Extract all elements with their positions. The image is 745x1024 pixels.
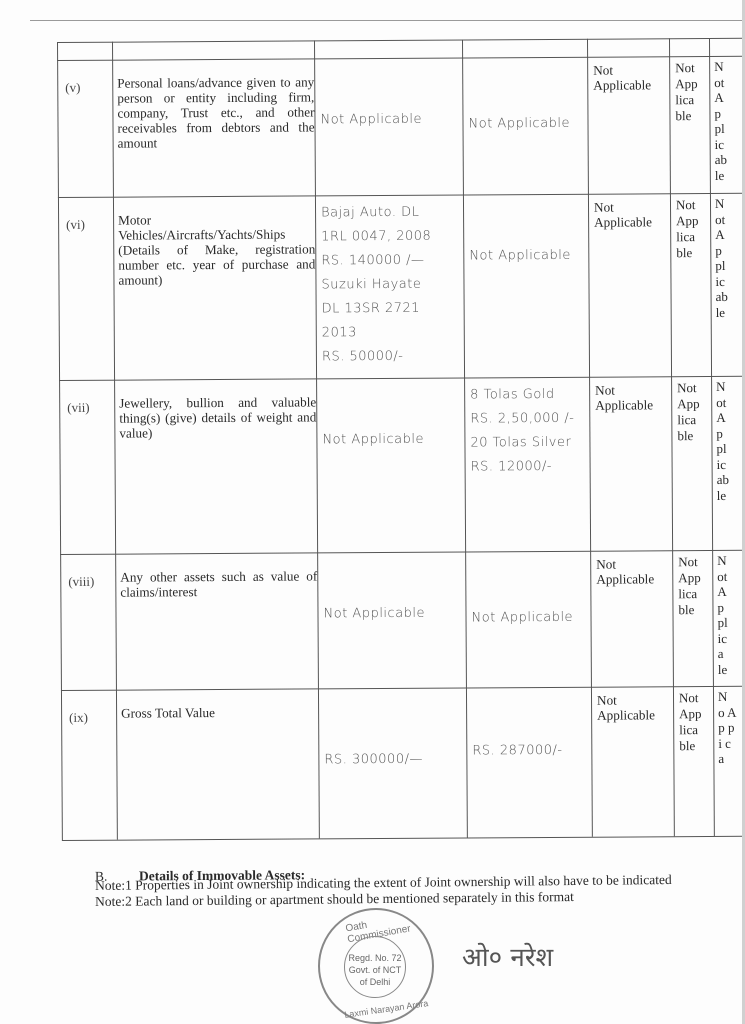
table-column-border (112, 42, 118, 840)
self-value: 1RL 0047, 2008 (321, 225, 431, 250)
dependent-1-value: Not Applicable (595, 382, 667, 412)
self-value: RS. 50000/- (322, 345, 404, 369)
dependent-3-value: N ot A p pl ic ab le (714, 59, 733, 183)
spouse-value: RS. 12000/- (471, 455, 553, 479)
row-number: (vii) (67, 400, 89, 416)
table-row-border (59, 376, 745, 381)
dependent-3-value: N o A p p i c a (718, 689, 736, 767)
dependent-1-value: Not Applicable (596, 556, 668, 586)
row-number: (ix) (69, 710, 88, 726)
dependent-3-value: N ot A p pl ic ab le (716, 379, 735, 503)
stamp-center: Regd. No. 72 Govt. of NCT of Delhi (344, 936, 406, 998)
dependent-1-value: Not Applicable (593, 62, 665, 92)
dependent-3-value: N ot A p pl ic ab le (715, 196, 734, 320)
spouse-value: Not Applicable (468, 112, 570, 137)
self-value: RS. 140000 /— (321, 249, 424, 274)
spouse-value: Not Applicable (469, 244, 571, 269)
self-value: DL 13SR 2721 (322, 297, 421, 322)
spouse-value: RS. 287000/- (472, 739, 562, 764)
dependent-2-value: Not App lica ble (678, 554, 712, 618)
self-value: 2013 (322, 321, 357, 345)
table-column-border (462, 40, 468, 838)
row-number: (viii) (68, 574, 94, 590)
signature: ओ० नरेश (462, 938, 553, 974)
page-top-rule (30, 20, 745, 21)
stamp-line: Govt. of NCT (345, 964, 405, 976)
spouse-value: RS. 2,50,000 /- (470, 407, 574, 432)
dependent-2-value: Not App lica ble (676, 197, 710, 261)
self-value: Suzuki Hayate (321, 273, 421, 298)
dependent-1-value: Not Applicable (597, 692, 669, 722)
spouse-value: Not Applicable (471, 606, 573, 631)
row-description: Any other assets such as value of claims… (120, 568, 317, 599)
table-column-border (669, 38, 675, 836)
table-column-border (587, 39, 593, 837)
table-row-border (62, 836, 745, 841)
row-number: (v) (65, 80, 80, 96)
row-description: Jewellery, bullion and valuable thing(s)… (119, 394, 316, 440)
table-row-border (57, 56, 745, 61)
dependent-1-value: Not Applicable (594, 199, 666, 229)
self-value: Not Applicable (323, 602, 425, 627)
row-description: Motor Vehicles/Aircrafts/Yachts/Ships (D… (118, 211, 315, 287)
spouse-value: 20 Tolas Silver (470, 431, 571, 456)
spouse-value: 8 Tolas Gold (470, 383, 555, 408)
table-column-border (57, 42, 63, 840)
stamp-line: Regd. No. 72 (345, 952, 405, 964)
self-value: Not Applicable (320, 108, 422, 133)
self-value: Bajaj Auto. DL (321, 201, 419, 226)
movable-assets-table: (v)Personal loans/advance given to any p… (57, 38, 745, 840)
stamp-line: of Delhi (345, 976, 405, 988)
row-description: Gross Total Value (121, 704, 318, 720)
self-value: RS. 300000/— (324, 748, 423, 773)
dependent-2-value: Not App lica ble (677, 380, 711, 444)
row-description: Personal loans/advance given to any pers… (117, 74, 314, 150)
dependent-2-value: Not App lica ble (675, 60, 709, 124)
table-row-border (58, 193, 745, 198)
row-number: (vi) (66, 217, 85, 233)
stamp-bottom-ring: Laxmi Narayan Arora (344, 998, 429, 1020)
table-row-border (60, 550, 745, 555)
self-value: Not Applicable (322, 428, 424, 453)
table-row-border (61, 686, 745, 691)
dependent-3-value: N ot A p pl ic a le (717, 553, 736, 677)
table-row-border (57, 38, 745, 43)
oath-commissioner-stamp: Oath Commissioner Laxmi Narayan Arora Re… (318, 908, 434, 1024)
dependent-2-value: Not App lica ble (679, 690, 713, 754)
